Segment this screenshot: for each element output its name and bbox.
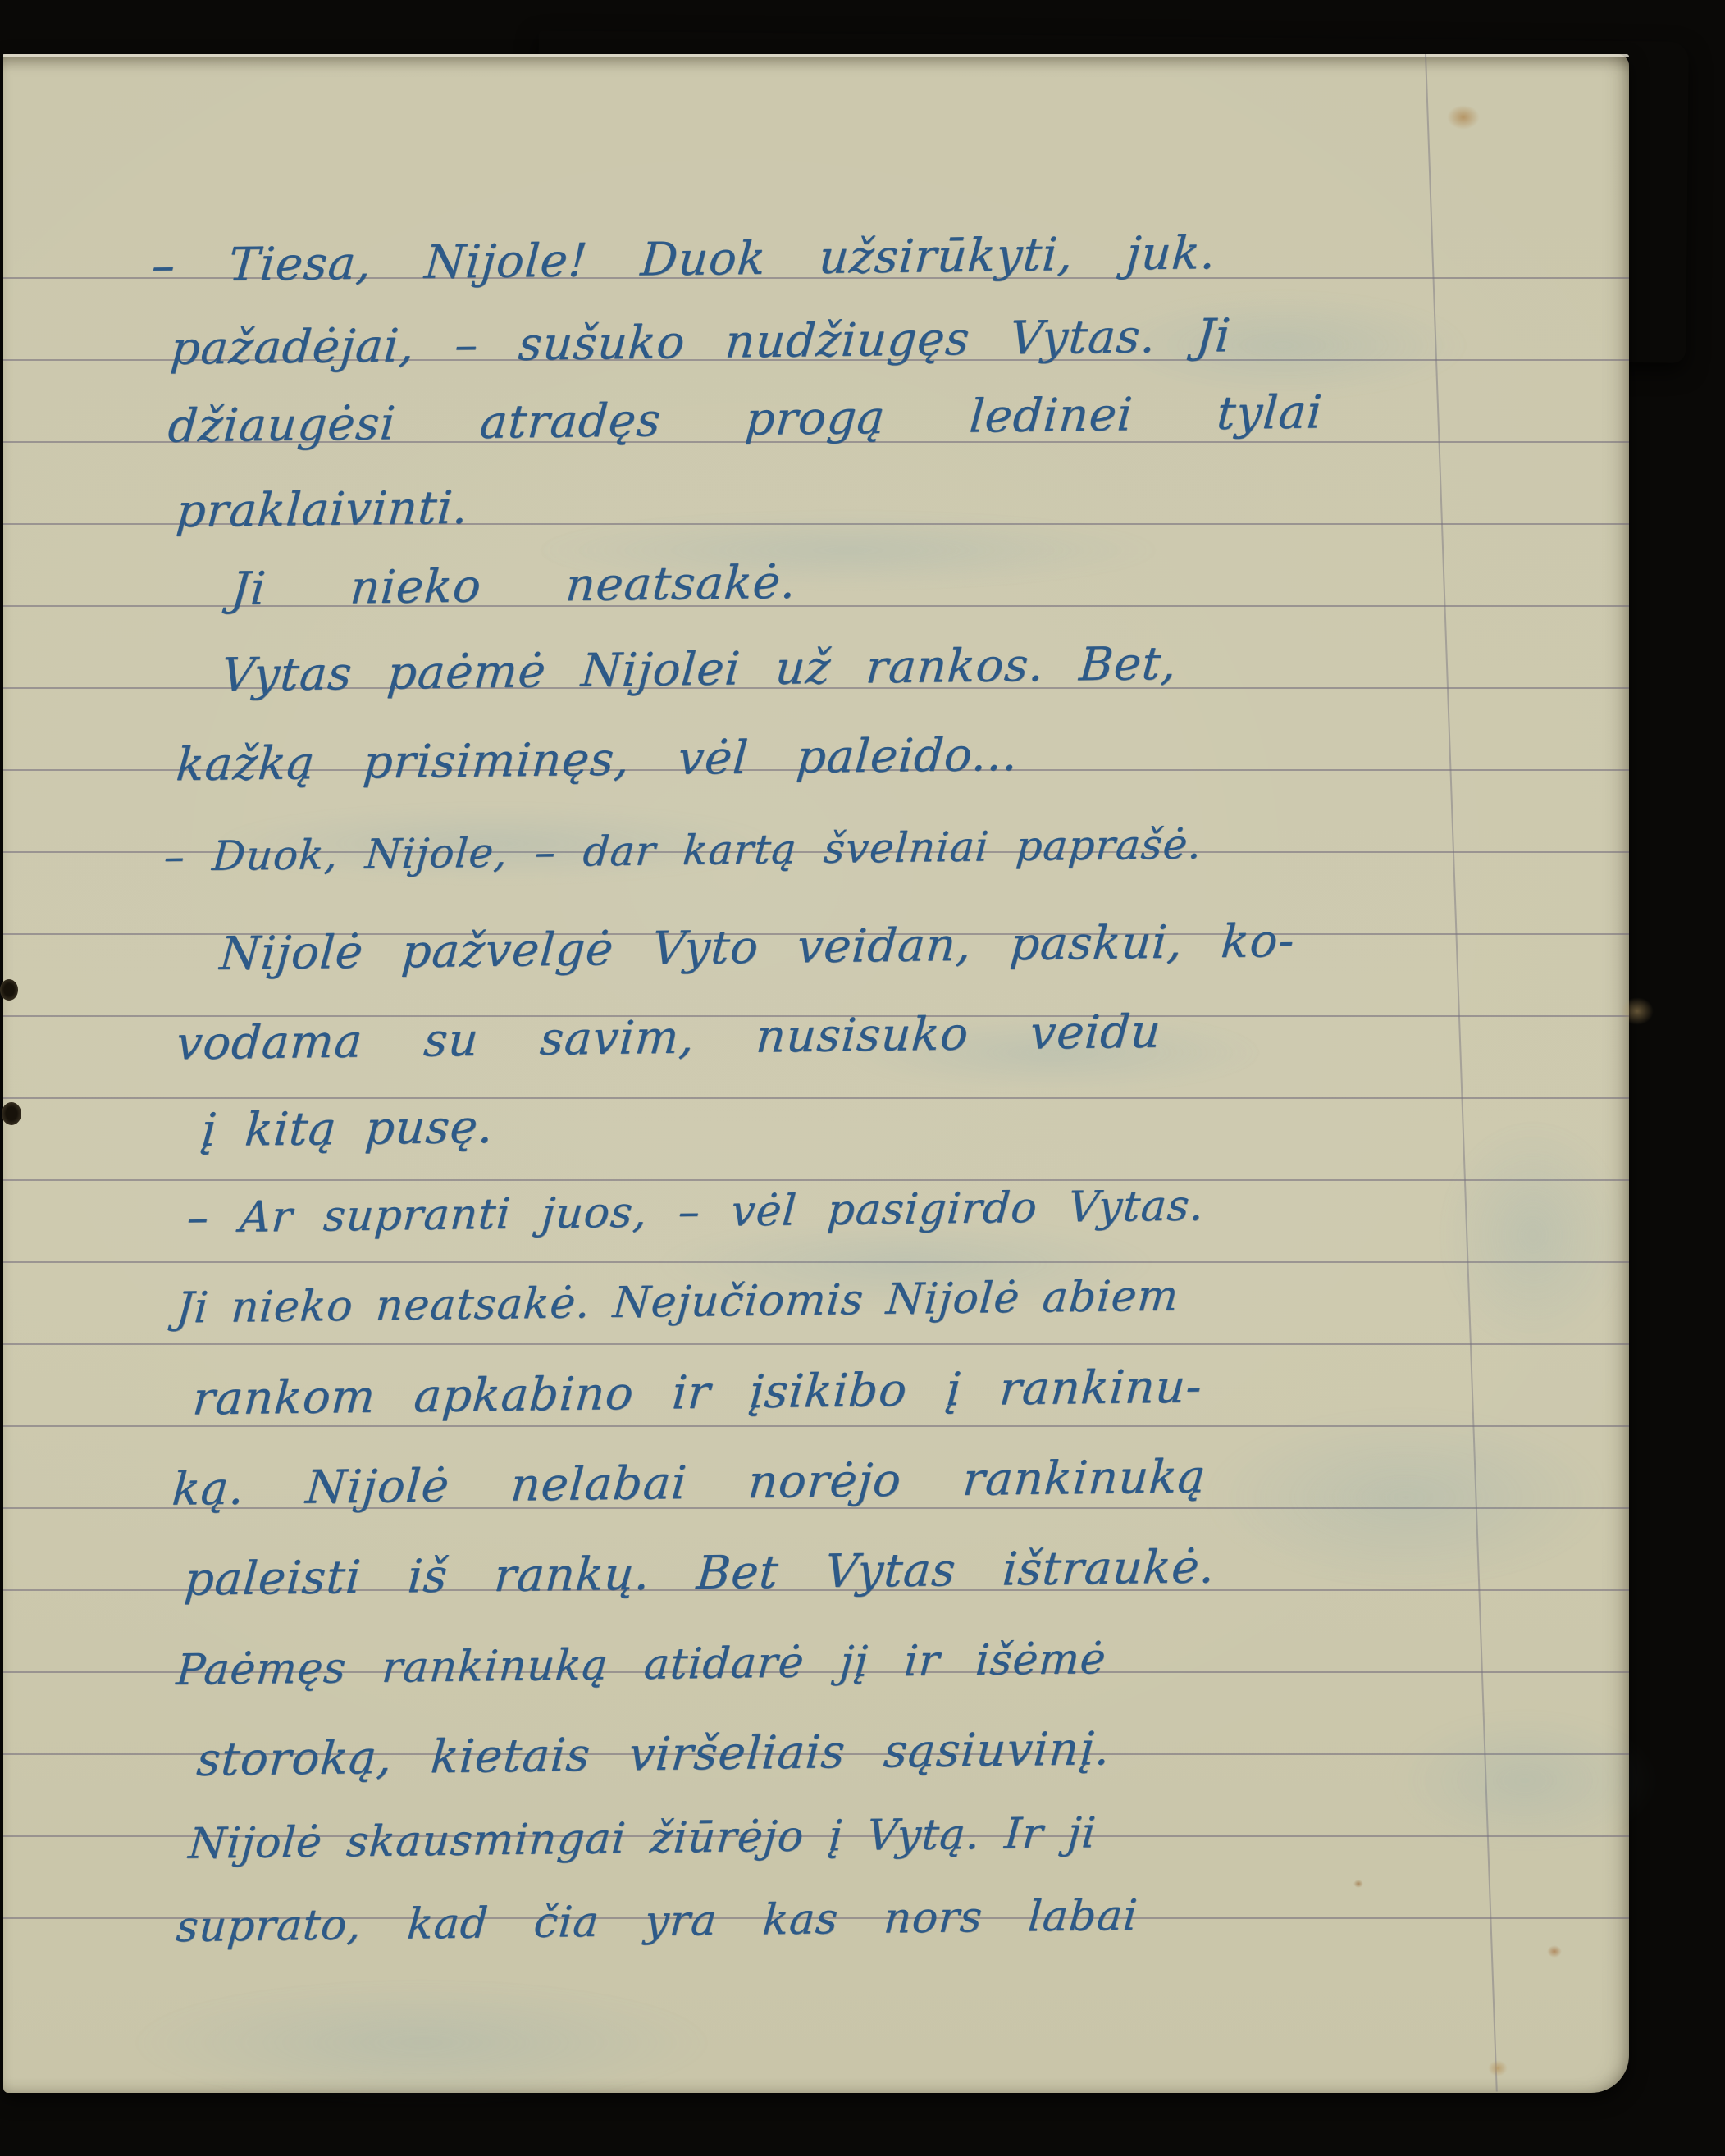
handwriting-line: rankom apkabino ir įsikibo į rankinu- — [191, 1364, 1204, 1422]
binding-hole — [0, 979, 18, 1001]
handwriting-line: – Tiesa, Nijole! Duok užsirūkyti, juk. — [150, 230, 1218, 289]
handwriting-line: Vytas paėmė Nijolei už rankos. Bet, — [220, 641, 1179, 699]
handwriting-line: vodama su savim, nusisuko veidu — [175, 1010, 1163, 1068]
handwriting-line: kažką prisiminęs, vėl paleido... — [175, 732, 1020, 789]
paper-stain — [1488, 2060, 1508, 2076]
handwriting-line: Nijolė skausmingai žiūrėjo į Vytą. Ir ji — [187, 1810, 1098, 1867]
paper-stain — [1547, 1945, 1562, 1958]
handwriting-line: praklaivinti. — [175, 485, 470, 535]
paper-stain — [1447, 105, 1480, 130]
notebook-photo: – Tiesa, Nijole! Duok užsirūkyti, juk. p… — [0, 0, 1725, 2156]
handwriting-line: storoką, kietais viršeliais sąsiuvinį. — [195, 1726, 1112, 1784]
paper-stain — [1621, 997, 1654, 1025]
handwriting-line: Paėmęs rankinuką atidarė jį ir išėmė — [175, 1636, 1108, 1693]
handwriting-line: paleisti iš rankų. Bet Vytas ištraukė. — [183, 1544, 1217, 1602]
handwriting-line: ką. Nijolė nelabai norėjo rankinuką — [171, 1454, 1207, 1512]
handwriting-line: džiaugėsi atradęs progą ledinei tylai — [167, 390, 1324, 449]
ink-show-through — [1201, 1407, 1611, 1588]
paper-stain — [1353, 1880, 1363, 1888]
handwriting-line: Nijolė pažvelgė Vyto veidan, paskui, ko- — [218, 918, 1297, 978]
handwriting-line: pažadėjai, – sušuko nudžiugęs Vytas. Ji — [169, 313, 1233, 372]
ink-show-through — [126, 1981, 717, 2104]
handwriting-line: suprato, kad čia yra kas nors labai — [175, 1893, 1139, 1950]
ink-show-through — [1390, 1711, 1660, 1850]
ink-show-through — [1439, 1120, 1627, 1350]
handwriting-line: Ji nieko neatsakė. — [230, 560, 798, 613]
handwriting-line: į kitą pusę. — [199, 1105, 495, 1154]
binding-hole — [2, 1102, 21, 1125]
